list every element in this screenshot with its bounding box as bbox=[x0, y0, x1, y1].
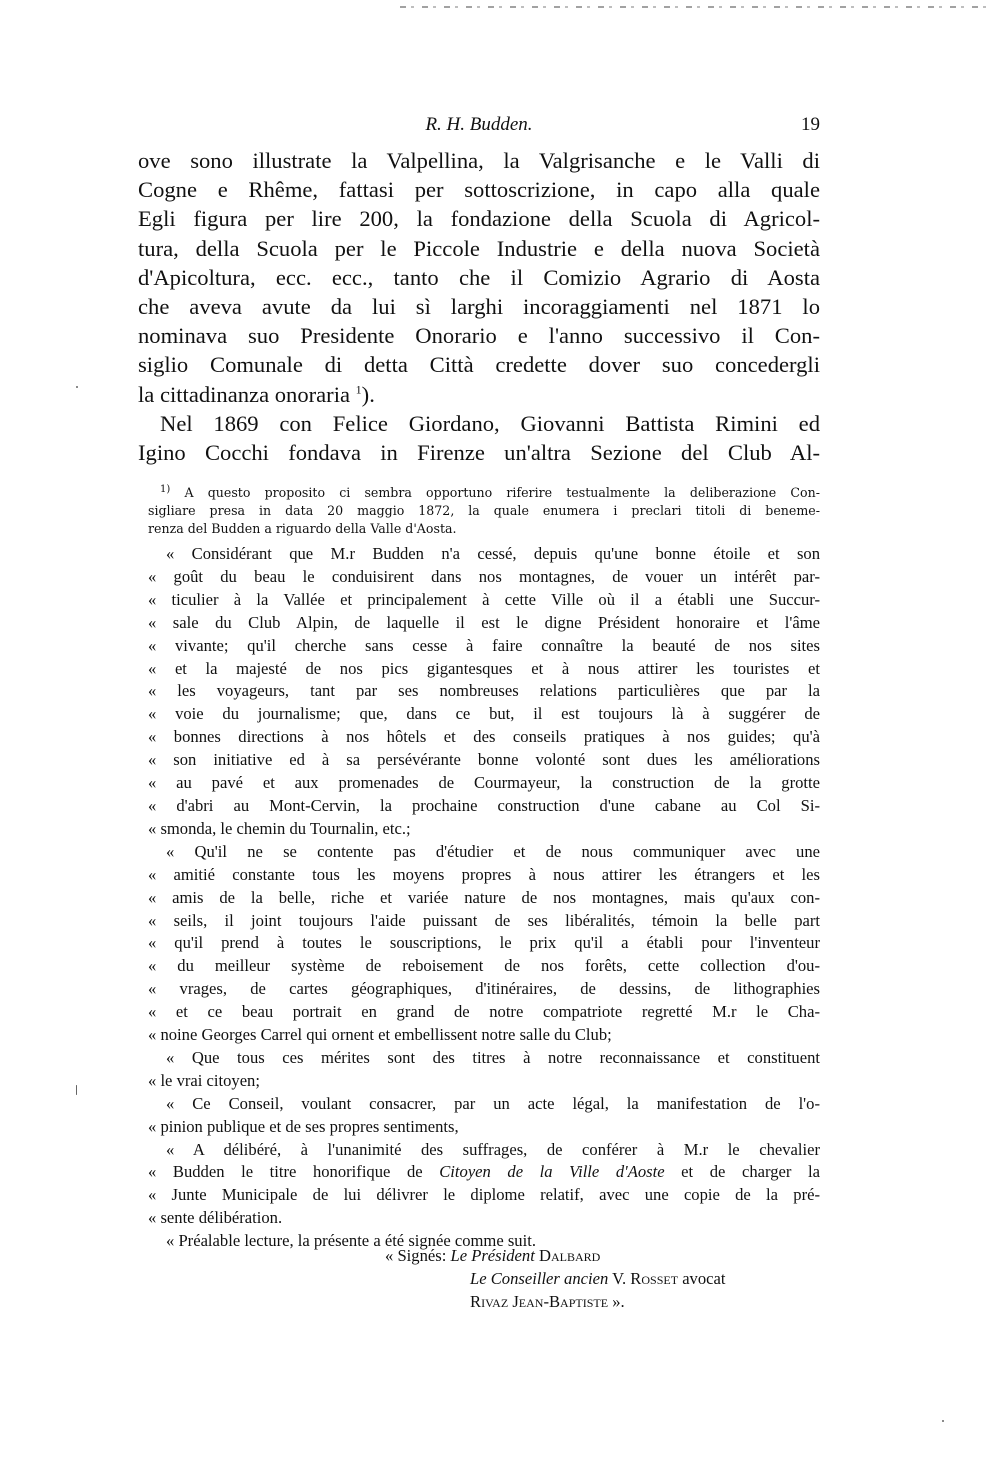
footnote-line: renza del Budden a riguardo della Valle … bbox=[148, 520, 820, 538]
quote-line: « seils, il joint toujours l'aide puissa… bbox=[148, 910, 820, 933]
text-line: Egli figura per lire 200, la fondazione … bbox=[138, 204, 820, 233]
footnote: 1) A questo proposito ci sembra opportun… bbox=[148, 484, 820, 538]
quote-line: « et la majesté de nos pics gigantesques… bbox=[148, 658, 820, 681]
text-fragment: A questo proposito ci sembra opportuno r… bbox=[184, 485, 820, 500]
text-fragment: la cittadinanza onoraria bbox=[138, 382, 350, 407]
quote-line: « bonnes directions à nos hôtels et des … bbox=[148, 726, 820, 749]
quote-line: « ticulier à la Vallée et principalement… bbox=[148, 589, 820, 612]
scan-speck bbox=[942, 1420, 944, 1422]
quote-line: « A délibéré, à l'unanimité des suffrage… bbox=[148, 1139, 820, 1162]
quote-line: « noine Georges Carrel qui ornent et emb… bbox=[148, 1024, 820, 1047]
quote-line: « Junte Municipale de lui délivrer le di… bbox=[148, 1184, 820, 1207]
quote-line: « amitié constante tous les moyens propr… bbox=[148, 864, 820, 887]
quote-line: « vrages, de cartes géographiques, d'iti… bbox=[148, 978, 820, 1001]
quote-line: « Ce Conseil, voulant consacrer, par un … bbox=[148, 1093, 820, 1116]
text-line: Cogne e Rhême, fattasi per sottoscrizion… bbox=[138, 175, 820, 204]
text-fragment: ). bbox=[362, 382, 375, 407]
text-line: ove sono illustrate la Valpellina, la Va… bbox=[138, 146, 820, 175]
quote-line: « du meilleur système de reboisement de … bbox=[148, 955, 820, 978]
quote-line: « pinion publique et de ses propres sent… bbox=[148, 1116, 820, 1139]
quote-line: « au pavé et aux promenades de Courmayeu… bbox=[148, 772, 820, 795]
quote-line: « les voyageurs, tant par ses nombreuses… bbox=[148, 680, 820, 703]
quote-line: « son initiative ed à sa persévérante bo… bbox=[148, 749, 820, 772]
quote-line: « le vrai citoyen; bbox=[148, 1070, 820, 1093]
footnote-line: sigliare presa in data 20 maggio 1872, l… bbox=[148, 502, 820, 520]
honorary-title: Citoyen de la Ville d'Aoste bbox=[439, 1162, 664, 1181]
signature-suffix: avocat bbox=[682, 1269, 725, 1288]
signature-name: Rivaz Jean-Baptiste bbox=[470, 1292, 608, 1311]
signature-name: Dalbard bbox=[539, 1246, 600, 1265]
quote-line: « sale du Club Alpin, de laquelle il est… bbox=[148, 612, 820, 635]
signature-name: Rosset bbox=[630, 1269, 678, 1288]
page-number: 19 bbox=[801, 114, 820, 136]
text-fragment: et de charger la bbox=[665, 1162, 820, 1181]
text-line: tura, della Scuola per le Piccole Indust… bbox=[138, 234, 820, 263]
text-fragment: « Budden le titre honorifique de bbox=[148, 1162, 439, 1181]
text-line: Nel 1869 con Felice Giordano, Giovanni B… bbox=[138, 409, 820, 438]
text-line: nominava suo Presidente Onorario e l'ann… bbox=[138, 321, 820, 350]
quote-line: « voie du journalisme; que, dans ce but,… bbox=[148, 703, 820, 726]
signature-line: Rivaz Jean-Baptiste ». bbox=[385, 1291, 825, 1314]
scan-artifact bbox=[400, 6, 990, 8]
running-head: R. H. Budden. bbox=[138, 114, 820, 136]
main-text: ove sono illustrate la Valpellina, la Va… bbox=[138, 146, 820, 467]
signature-initial: V. bbox=[612, 1269, 626, 1288]
scan-speck bbox=[76, 1085, 77, 1095]
quote-line: « amis de la belle, riche et variée natu… bbox=[148, 887, 820, 910]
text-line: siglio Comunale di detta Città credette … bbox=[138, 350, 820, 379]
quote-line: « d'abri au Mont-Cervin, la prochaine co… bbox=[148, 795, 820, 818]
quote-line: « Considérant que M.r Budden n'a cessé, … bbox=[148, 543, 820, 566]
deliberation-quote: « Considérant que M.r Budden n'a cessé, … bbox=[148, 543, 820, 1253]
signature-role: Le Président bbox=[450, 1246, 534, 1265]
quote-line: « vivante; qu'il cherche sans cesse à fa… bbox=[148, 635, 820, 658]
scan-speck bbox=[76, 386, 78, 388]
footnote-line: 1) A questo proposito ci sembra opportun… bbox=[148, 484, 820, 502]
signatures-prefix: « Signés: bbox=[385, 1246, 450, 1265]
footnote-marker: 1) bbox=[160, 484, 170, 495]
quote-line: « Qu'il ne se contente pas d'étudier et … bbox=[148, 841, 820, 864]
page-header: R. H. Budden. 19 bbox=[138, 114, 820, 140]
quote-line: « sente délibération. bbox=[148, 1207, 820, 1230]
text-line: la cittadinanza onoraria 1). bbox=[138, 380, 820, 409]
signature-role: Le Conseiller ancien bbox=[470, 1269, 608, 1288]
signatures-block: « Signés: Le Président Dalbard Le Consei… bbox=[385, 1245, 825, 1314]
quote-line: « qu'il prend à toutes le souscriptions,… bbox=[148, 932, 820, 955]
quote-line: « Budden le titre honorifique de Citoyen… bbox=[148, 1161, 820, 1184]
quote-line: « Que tous ces mérites sont des titres à… bbox=[148, 1047, 820, 1070]
text-line: che aveva avute da lui sì larghi incorag… bbox=[138, 292, 820, 321]
text-line: Igino Cocchi fondava in Firenze un'altra… bbox=[138, 438, 820, 467]
text-line: d'Apicoltura, ecc. ecc., tanto che il Co… bbox=[138, 263, 820, 292]
signature-line: « Signés: Le Président Dalbard bbox=[385, 1245, 825, 1268]
signature-line: Le Conseiller ancien V. Rosset avocat bbox=[385, 1268, 825, 1291]
quote-line: « et ce beau portrait en grand de notre … bbox=[148, 1001, 820, 1024]
quote-line: « smonda, le chemin du Tournalin, etc.; bbox=[148, 818, 820, 841]
signature-suffix: ». bbox=[608, 1292, 625, 1311]
quote-line: « goût du beau le conduisirent dans nos … bbox=[148, 566, 820, 589]
